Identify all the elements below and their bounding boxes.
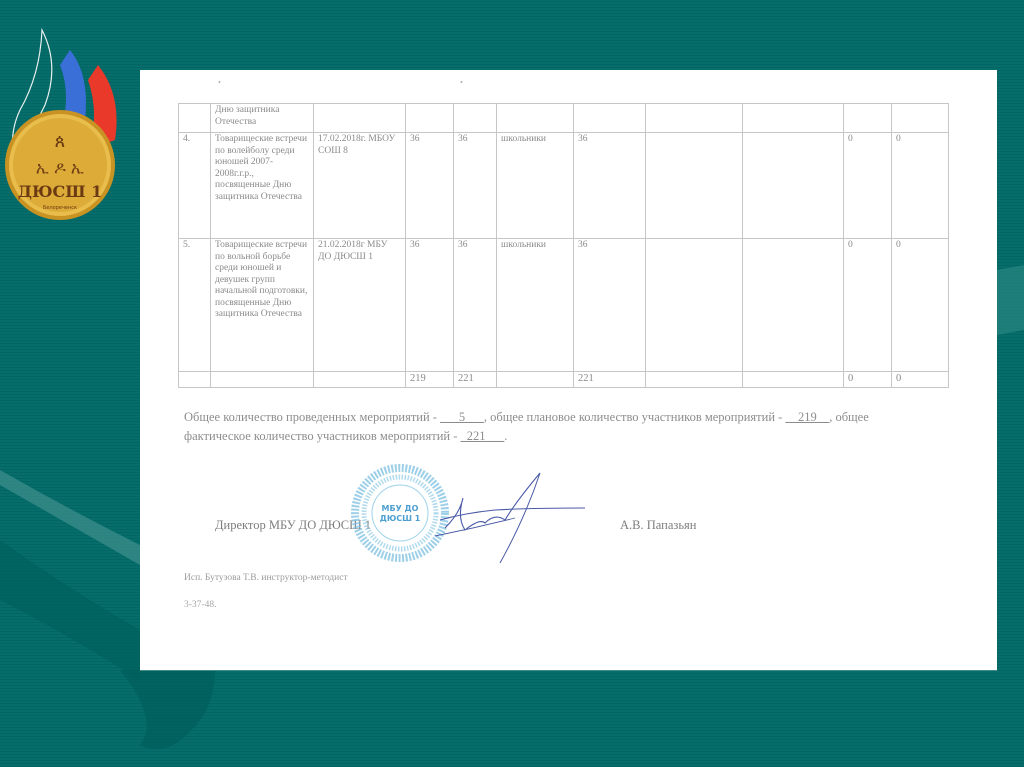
phone-number: 3-37-48.	[184, 600, 216, 610]
cell-num	[179, 372, 211, 388]
cell-actual	[454, 104, 497, 133]
cell-num: 4.	[179, 133, 211, 239]
table-total-row: 219 221 221 0 0	[179, 372, 949, 388]
cell-participants: 36	[574, 133, 646, 239]
cell-planned: 36	[406, 133, 454, 239]
summary-text: .	[504, 429, 507, 443]
table-row: Дню защитника Отечества	[179, 104, 949, 133]
cell-col11	[892, 104, 949, 133]
cell-col10-total: 0	[844, 372, 892, 388]
cell-event-name: Дню защитника Отечества	[211, 104, 314, 133]
cell-planned: 36	[406, 239, 454, 372]
table-row: 4. Товарищеские встречи по волейболу сре…	[179, 133, 949, 239]
cell-col9	[743, 372, 844, 388]
cell-col10	[844, 104, 892, 133]
table-row: 5. Товарищеские встречи по вольной борьб…	[179, 239, 949, 372]
summary-text: , общее плановое количество участников м…	[484, 410, 786, 424]
svg-text:Белореченск: Белореченск	[43, 205, 77, 211]
cell-category: школьники	[497, 133, 574, 239]
actual-participants-total: _221___	[461, 429, 505, 443]
svg-text:ኢ ዶ ኢ: ኢ ዶ ኢ	[36, 158, 85, 177]
cell-col11: 0	[892, 239, 949, 372]
planned-participants-total: __219__	[785, 410, 829, 424]
cell-date-place: 17.02.2018г. МБОУ СОШ 8	[314, 133, 406, 239]
events-table: Дню защитника Отечества 4. Товарищеские …	[178, 103, 949, 388]
cell-event-name: Товарищеские встречи по волейболу среди …	[211, 133, 314, 239]
svg-text:ДЮСШ 1: ДЮСШ 1	[18, 182, 103, 201]
executor-line: Исп. Бутузова Т.В. инструктор-методист	[184, 573, 348, 583]
cell-col9	[743, 133, 844, 239]
cell-category	[497, 372, 574, 388]
cell-actual: 36	[454, 133, 497, 239]
cell-participants-total: 221	[574, 372, 646, 388]
events-count: ___5___	[440, 410, 484, 424]
cell-event-name	[211, 372, 314, 388]
sports-school-medal-logo: ጰ ኢ ዶ ኢ ДЮСШ 1 Белореченск	[0, 25, 130, 235]
cell-category: школьники	[497, 239, 574, 372]
cell-planned-total: 219	[406, 372, 454, 388]
cell-event-name: Товарищеские встречи по вольной борьбе с…	[211, 239, 314, 372]
cell-category	[497, 104, 574, 133]
cell-col8	[646, 239, 743, 372]
summary-paragraph: Общее количество проведенных мероприятий…	[184, 408, 904, 446]
summary-text: Общее количество проведенных мероприятий…	[184, 410, 440, 424]
svg-text:ጰ: ጰ	[55, 131, 66, 152]
cell-planned	[406, 104, 454, 133]
cell-participants: 36	[574, 239, 646, 372]
cell-col10: 0	[844, 133, 892, 239]
cell-actual: 36	[454, 239, 497, 372]
cell-participants	[574, 104, 646, 133]
cell-date-place	[314, 104, 406, 133]
cell-col8	[646, 372, 743, 388]
director-name: А.В. Папазьян	[620, 518, 696, 533]
cell-col9	[743, 104, 844, 133]
cell-col8	[646, 133, 743, 239]
cell-col11-total: 0	[892, 372, 949, 388]
cell-date-place	[314, 372, 406, 388]
cell-col11: 0	[892, 133, 949, 239]
cell-col9	[743, 239, 844, 372]
cell-actual-total: 221	[454, 372, 497, 388]
official-stamp-and-signature: МБУ ДО ДЮСШ 1	[345, 458, 585, 573]
svg-text:ДЮСШ 1: ДЮСШ 1	[380, 514, 421, 523]
cell-date-place: 21.02.2018г МБУ ДО ДЮСШ 1	[314, 239, 406, 372]
scanned-document-page: • • Дню защитника Отечества 4. Товарищес…	[140, 70, 997, 670]
cell-num: 5.	[179, 239, 211, 372]
cell-num	[179, 104, 211, 133]
cell-col10: 0	[844, 239, 892, 372]
cell-col8	[646, 104, 743, 133]
svg-text:МБУ ДО: МБУ ДО	[382, 504, 419, 513]
